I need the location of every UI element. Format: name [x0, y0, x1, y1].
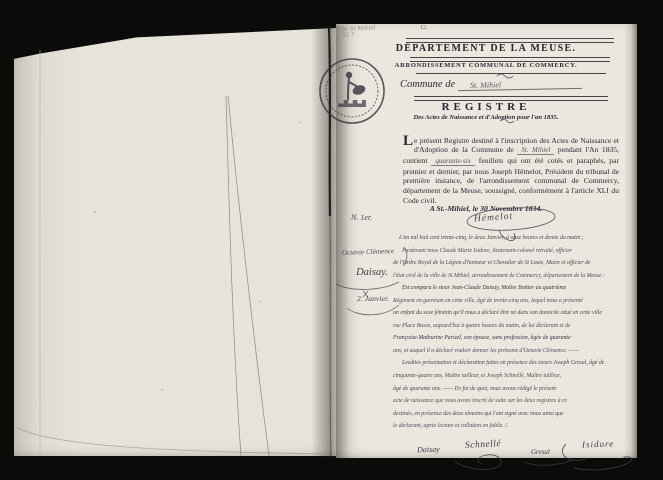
- act-line: Pardevant nous Claude Marie Isidore, lie…: [393, 245, 636, 258]
- register-title: REGISTRE: [364, 101, 608, 113]
- commune-line: Commune de St. Mihiel: [400, 79, 582, 90]
- act-line: Lesdites présentation et déclaration fai…: [393, 357, 636, 370]
- left-page-blank: [14, 28, 336, 456]
- dateline: A St.-Mihiel, le 30 Novembre 1834.: [376, 204, 596, 213]
- act-line: Françoise-Mathurine Parizel, son épouse,…: [393, 332, 636, 345]
- commune-label: Commune de: [400, 79, 455, 90]
- act-line: destinés, en présence des deux témoins q…: [393, 408, 636, 421]
- act-number: N. 1er.: [351, 213, 372, 222]
- department-title: DÉPARTEMENT DE LA MEUSE.: [364, 43, 608, 54]
- double-rule-2: [410, 57, 610, 62]
- act-body-text: L'an mil huit cent trente-cinq, le deux …: [393, 232, 636, 433]
- double-rule-top: [406, 38, 614, 43]
- signature-mayor: Isidore: [582, 438, 615, 449]
- signature-schnelle: Schnellé: [465, 439, 502, 451]
- attestation-paragraph: Le présent Registre destiné à l'inscript…: [403, 136, 619, 206]
- act-line: rue Place Basse, aujourd'hui à quatre he…: [393, 320, 636, 333]
- page-number: 12.: [420, 25, 428, 31]
- act-line: un enfant du sexe féminin qu'il nous a d…: [393, 307, 636, 320]
- signature-daisay: Daisay: [417, 445, 440, 455]
- act-line: cinquante-quatre ans, Maître tailleur, e…: [393, 370, 636, 383]
- commune-handwritten-value: St. Mihiel: [458, 79, 582, 91]
- act-line: acte de naissance que nous avons inscrit…: [393, 395, 636, 408]
- pencil-archival-note: pr St Mihiel 55 7: [342, 25, 376, 39]
- act-line: Est comparu le sieur Jean-Claude Daisay,…: [393, 282, 636, 295]
- president-signature: Hémelot: [474, 212, 514, 225]
- register-subtitle: Des Actes de Naissance et d'Adoption pou…: [364, 114, 608, 121]
- rule-3: [416, 73, 606, 74]
- register-scan-photo: 12. DÉPARTEMENT DE LA MEUSE. ARRONDISSEM…: [0, 0, 663, 480]
- double-rule-4: [414, 96, 608, 101]
- act-line: âgé de quarante ans. —— En foi de quoi, …: [393, 383, 636, 396]
- commune-fill-handwritten: St. Mihiel: [517, 146, 554, 155]
- act-line: l'état civil de la ville de St Mihiel, a…: [393, 270, 636, 283]
- act-line: L'an mil huit cent trente-cinq, le deux …: [393, 232, 636, 245]
- arrondissement-title: ARRONDISSEMENT COMMUNAL DE COMMERCY.: [364, 62, 608, 69]
- act-line: le déclarant, après lecture et collation…: [393, 420, 636, 433]
- feuillets-fill-handwritten: quarante-six: [431, 157, 474, 166]
- act-line: Régiment en garnison en cette ville, âgé…: [393, 295, 636, 308]
- act-line: ans, et auquel il a déclaré vouloir donn…: [393, 345, 636, 358]
- right-page: 12. DÉPARTEMENT DE LA MEUSE. ARRONDISSEM…: [336, 24, 637, 458]
- act-line: de l'Ordre Royal de la Légion d'honneur …: [393, 257, 636, 270]
- signature-gresal: Gresal: [531, 448, 550, 456]
